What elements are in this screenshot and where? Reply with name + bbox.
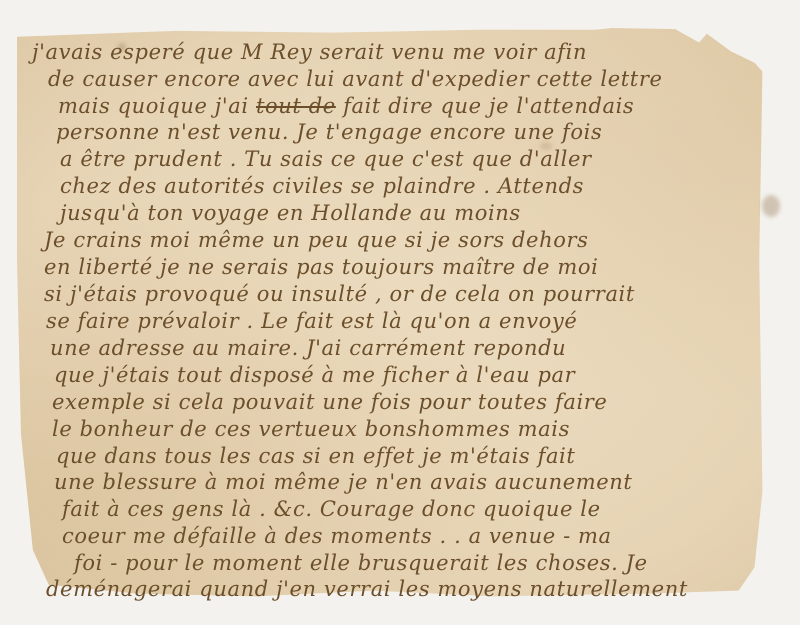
- letter-line: une blessure à moi même je n'en avais au…: [54, 470, 632, 494]
- letter-line: que dans tous les cas si en effet je m'é…: [56, 444, 575, 468]
- letter-line: fait à ces gens là . &c. Courage donc qu…: [62, 497, 601, 521]
- letter-line: j'avais esperé que M Rey serait venu me …: [32, 40, 587, 64]
- letter-line: mais quoique j'ai tout de fait dire que …: [58, 94, 634, 118]
- letter-line: chez des autorités civiles se plaindre .…: [60, 174, 584, 198]
- letter-line: Je crains moi même un peu que si je sors…: [44, 228, 588, 252]
- ink-blot: [762, 195, 780, 217]
- letter-line: si j'étais provoqué ou insulté , or de c…: [44, 282, 635, 306]
- letter-line: le bonheur de ces vertueux bonshommes ma…: [52, 417, 570, 441]
- letter-line: déménagerai quand j'en verrai les moyens…: [46, 577, 688, 601]
- letter-line: de causer encore avec lui avant d'expedi…: [48, 67, 663, 91]
- letter-line: personne n'est venu. Je t'engage encore …: [56, 120, 602, 144]
- letter-line: exemple si cela pouvait une fois pour to…: [52, 390, 607, 414]
- letter-line: jusqu'à ton voyage en Hollande au moins: [60, 201, 521, 225]
- struck-out-text: tout de: [256, 94, 336, 118]
- letter-line: en liberté je ne serais pas toujours maî…: [44, 255, 598, 279]
- letter-line: foi - pour le moment elle brusquerait le…: [74, 551, 648, 575]
- letter-line: a être prudent . Tu sais ce que c'est qu…: [60, 147, 592, 171]
- letter-line: se faire prévaloir . Le fait est là qu'o…: [46, 309, 577, 333]
- letter-line: coeur me défaille à des moments . . a ve…: [62, 524, 612, 548]
- letter-line: que j'étais tout disposé à me ficher à l…: [54, 363, 575, 387]
- letter-line: une adresse au maire. J'ai carrément rep…: [50, 336, 566, 360]
